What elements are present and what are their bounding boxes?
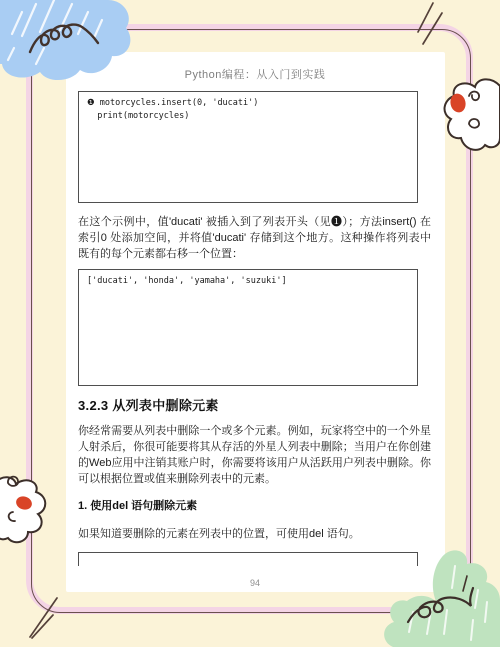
code-line: ❶ motorcycles.insert(0, 'ducati') xyxy=(87,97,413,110)
code-block-insert: ❶ motorcycles.insert(0, 'ducati') print(… xyxy=(78,91,418,203)
page-number: 94 xyxy=(78,578,432,588)
code-line: print(motorcycles) xyxy=(87,110,413,123)
cloud-character-icon xyxy=(441,70,500,158)
swirl-icon xyxy=(28,22,100,56)
code-line: ['ducati', 'honda', 'yamaha', 'suzuki'] xyxy=(87,275,413,288)
code-block-output: ['ducati', 'honda', 'yamaha', 'suzuki'] xyxy=(78,269,418,386)
section-heading-323: 3.2.3 从列表中删除元素 xyxy=(78,395,432,414)
paragraph-del-statement: 如果知道要删除的元素在列表中的位置，可使用del 语句。 xyxy=(78,526,431,542)
slash-marks-icon xyxy=(398,0,448,52)
cloud-character-icon xyxy=(0,470,48,550)
paragraph-remove-intro: 你经常需要从列表中删除一个或多个元素。例如，玩家将空中的一个外星人射杀后，你很可… xyxy=(78,423,431,487)
slash-marks-icon xyxy=(16,592,62,644)
code-block-partial xyxy=(78,552,418,566)
paragraph-insert-explanation: 在这个示例中，值'ducati' 被插入到了列表开头（见❶）；方法insert(… xyxy=(78,214,431,262)
sub-heading-del: 1. 使用del 语句删除元素 xyxy=(78,497,432,513)
book-page: Python编程：从入门到实践 ❶ motorcycles.insert(0, … xyxy=(66,52,445,592)
green-patch-icon xyxy=(383,550,500,647)
decorated-book-page: Python编程：从入门到实践 ❶ motorcycles.insert(0, … xyxy=(0,0,500,647)
